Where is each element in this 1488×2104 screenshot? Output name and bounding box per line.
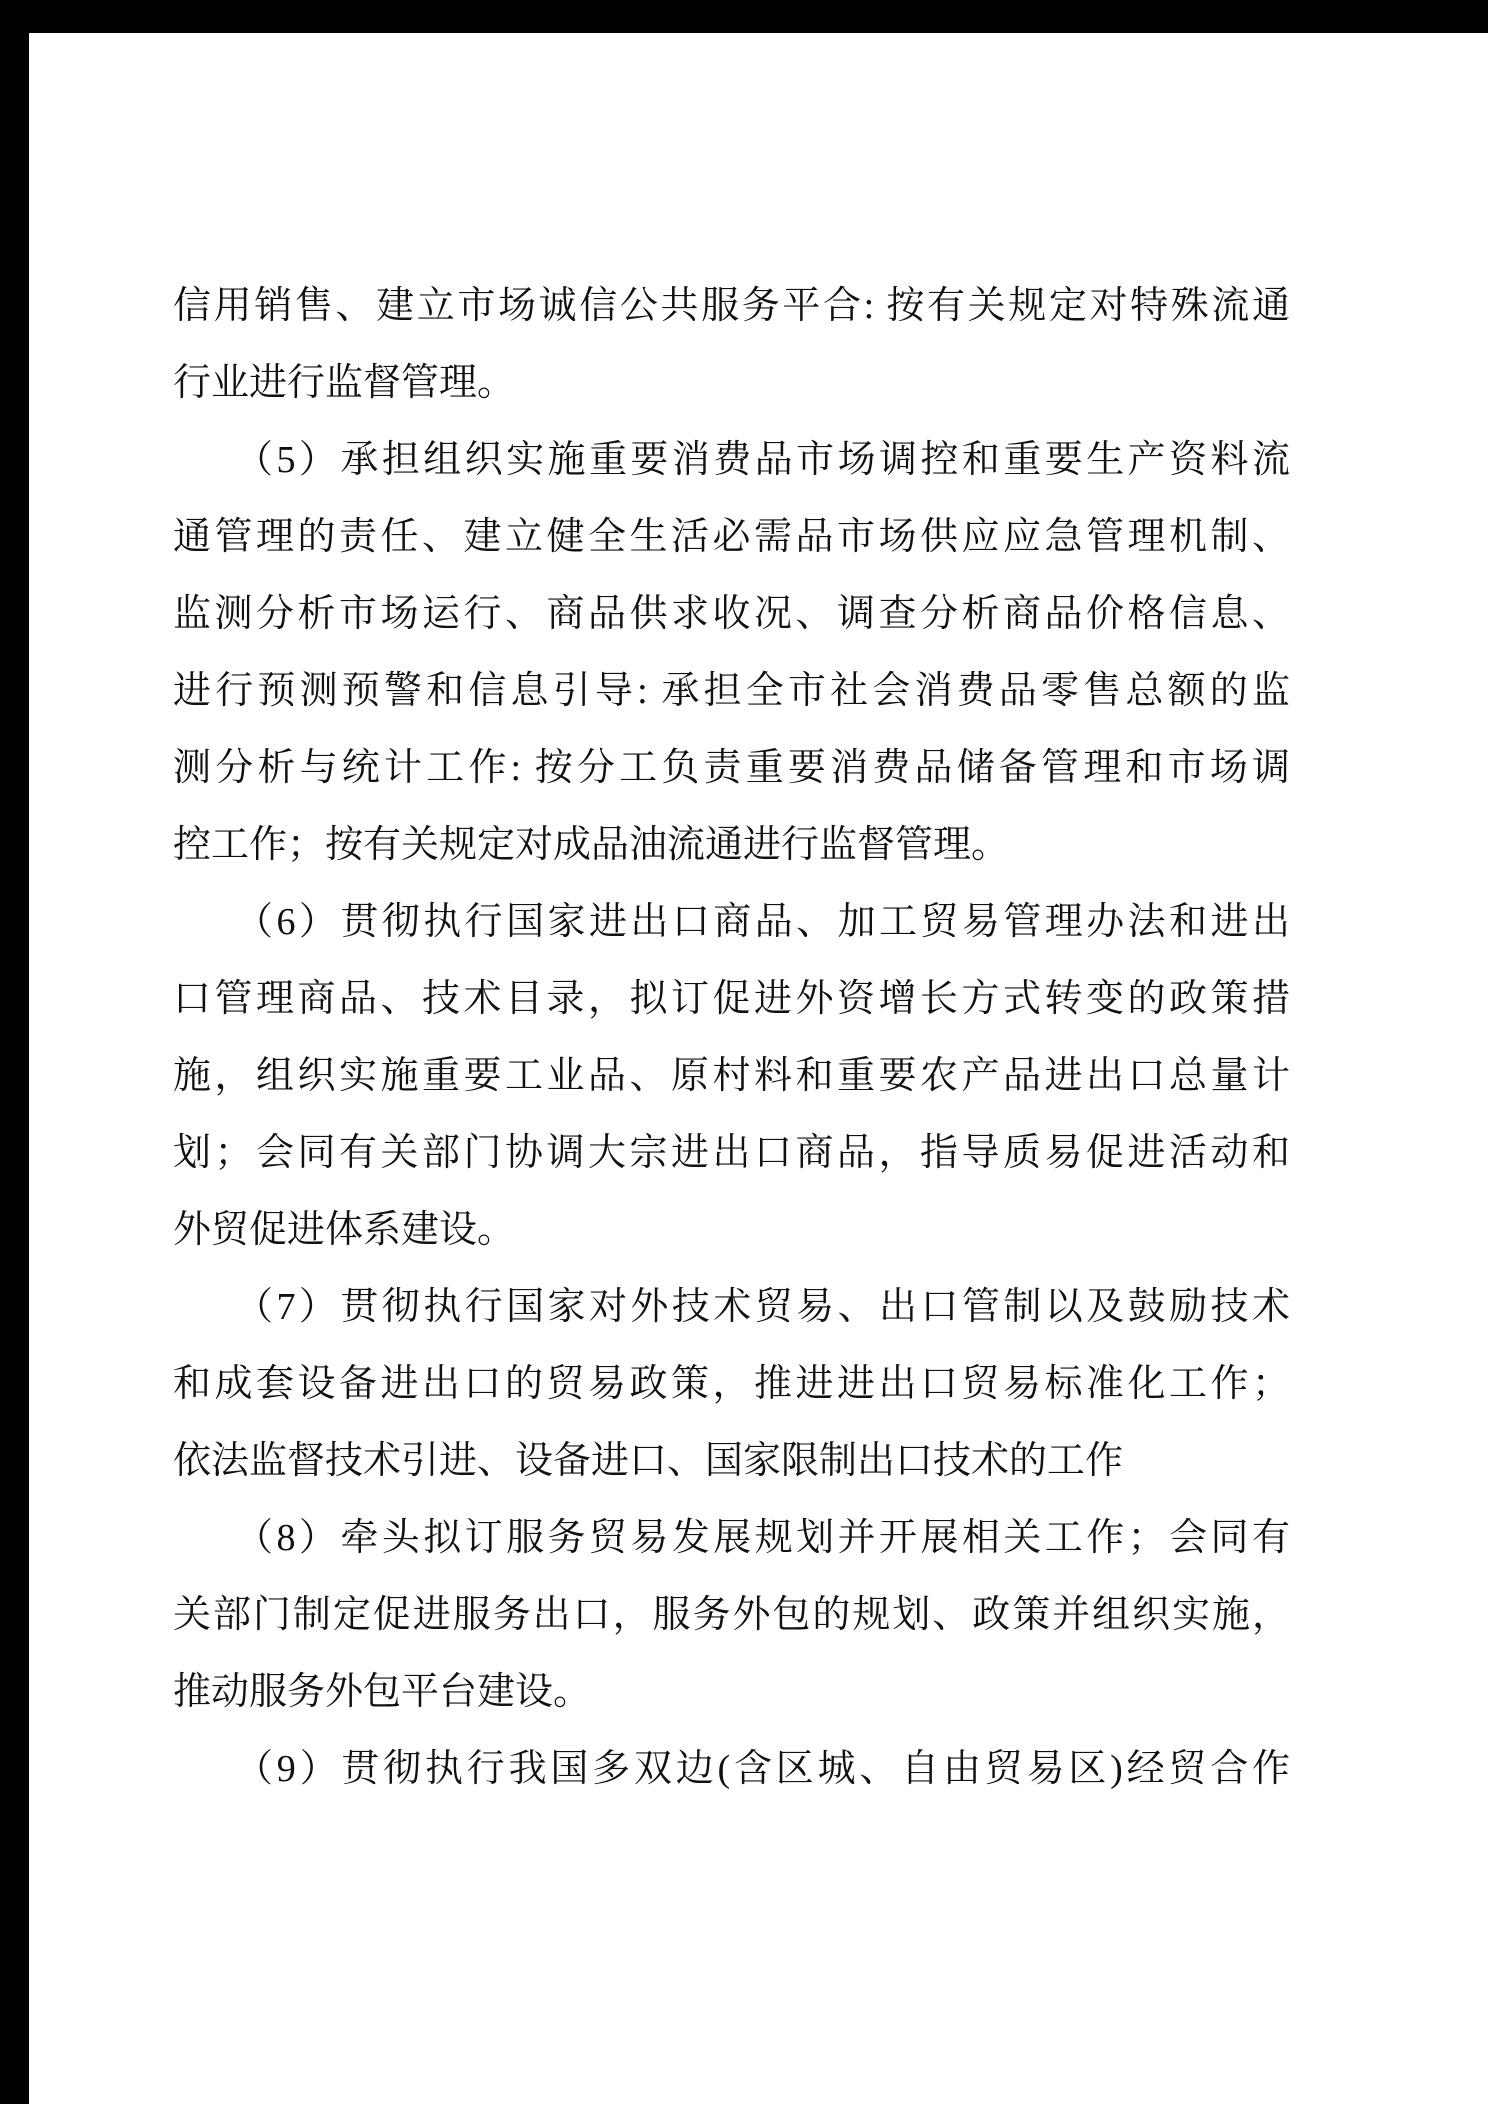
- document-line: 施，组织实施重要工业品、原村料和重要农产品进出口总量计: [173, 1038, 1290, 1115]
- document-line: 关部门制定促进服务出口，服务外包的规划、政策并组织实施，: [173, 1577, 1290, 1654]
- document-line: 监测分析市场运行、商品供求收况、调查分析商品价格信息、: [173, 576, 1290, 653]
- paragraph-item-8: （8）牵头拟订服务贸易发展规划并开展相关工作；会同有 关部门制定促进服务出口，服…: [173, 1500, 1290, 1731]
- scan-edge-top: [0, 0, 1488, 33]
- paragraph-continuation: 信用销售、建立市场诚信公共服务平合: 按有关规定对特殊流通 行业进行监督管理。: [173, 268, 1290, 422]
- scan-edge-left: [0, 0, 29, 2104]
- document-line: （7）贯彻执行国家对外技术贸易、出口管制以及鼓励技术: [173, 1269, 1290, 1346]
- document-line: （6）贯彻执行国家进出口商品、加工贸易管理办法和进出: [173, 884, 1290, 961]
- document-line: 口管理商品、技术目录，拟订促进外资增长方式转变的政策措: [173, 961, 1290, 1038]
- paragraph-item-5: （5）承担组织实施重要消费品市场调控和重要生产资料流 通管理的责任、建立健全生活…: [173, 422, 1290, 884]
- document-line: （5）承担组织实施重要消费品市场调控和重要生产资料流: [173, 422, 1290, 499]
- document-line: （9）贯彻执行我国多双边(含区城、自由贸易区)经贸合作: [173, 1731, 1290, 1808]
- document-line: 依法监督技术引进、设备进口、国家限制出口技术的工作: [173, 1423, 1290, 1500]
- paragraph-item-9: （9）贯彻执行我国多双边(含区城、自由贸易区)经贸合作: [173, 1731, 1290, 1808]
- document-page: 信用销售、建立市场诚信公共服务平合: 按有关规定对特殊流通 行业进行监督管理。 …: [173, 268, 1290, 1808]
- paragraph-item-7: （7）贯彻执行国家对外技术贸易、出口管制以及鼓励技术 和成套设备进出口的贸易政策…: [173, 1269, 1290, 1500]
- document-line: 划；会同有关部门协调大宗进出口商品，指导质易促进活动和: [173, 1115, 1290, 1192]
- document-line: 推动服务外包平台建设。: [173, 1654, 1290, 1731]
- document-line: （8）牵头拟订服务贸易发展规划并开展相关工作；会同有: [173, 1500, 1290, 1577]
- document-line: 信用销售、建立市场诚信公共服务平合: 按有关规定对特殊流通: [173, 268, 1290, 345]
- document-line: 和成套设备进出口的贸易政策，推进进出口贸易标准化工作；: [173, 1346, 1290, 1423]
- document-line: 通管理的责任、建立健全生活必需品市场供应应急管理机制、: [173, 499, 1290, 576]
- document-line: 外贸促进体系建设。: [173, 1192, 1290, 1269]
- paragraph-item-6: （6）贯彻执行国家进出口商品、加工贸易管理办法和进出 口管理商品、技术目录，拟订…: [173, 884, 1290, 1269]
- document-line: 测分析与统计工作: 按分工负责重要消费品储备管理和市场调: [173, 730, 1290, 807]
- document-line: 行业进行监督管理。: [173, 345, 1290, 422]
- document-line: 进行预测预警和信息引导: 承担全市社会消费品零售总额的监: [173, 653, 1290, 730]
- document-line: 控工作；按有关规定对成品油流通进行监督管理。: [173, 807, 1290, 884]
